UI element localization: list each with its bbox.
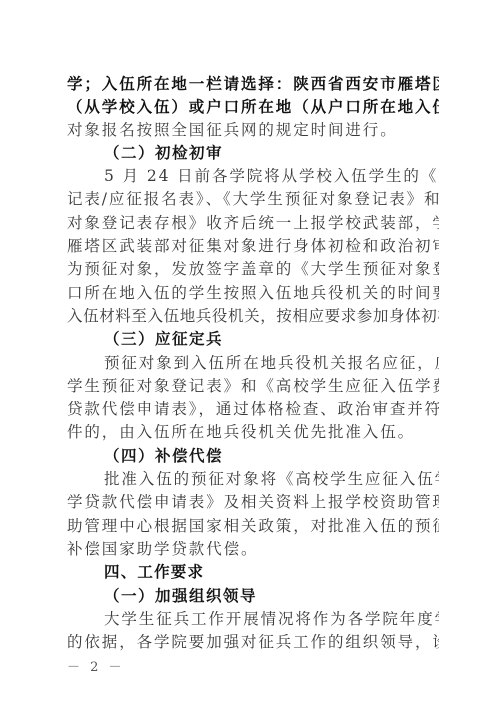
bold-text: （从学校入伍）或户口所在地（从户口所在地入伍） (67, 97, 439, 116)
section-heading-leadership: （一）加强组织领导 (67, 585, 439, 608)
paragraph-line: 件的，由入伍所在地兵役机关优先批准入伍。 (67, 421, 439, 444)
paragraph-line: 学生预征对象登记表》和《高校学生应征入伍学费补偿国家助学 (67, 375, 439, 398)
page-number: － 2 － (67, 656, 125, 675)
paragraph-line: （从学校入伍）或户口所在地（从户口所在地入伍）。女性征集 (67, 95, 439, 118)
paragraph-line: 为预征对象，发放签字盖章的《大学生预征对象登记表》。从户 (67, 258, 439, 281)
paragraph-line: 大学生征兵工作开展情况将作为各学院年度学生工作考核 (67, 608, 439, 631)
paragraph-line: 学；入伍所在地一栏请选择：陕西省西安市雁塔区西安科技大学 (67, 72, 439, 95)
document-page: 学；入伍所在地一栏请选择：陕西省西安市雁塔区西安科技大学 （从学校入伍）或户口所… (67, 72, 439, 654)
paragraph-line: 批准入伍的预征对象将《高校学生应征入伍学费补偿国家助 (67, 468, 439, 491)
section-heading-initial-review: （二）初检初审 (67, 142, 439, 165)
bold-text: 学；入伍所在地一栏请选择：陕西省西安市雁塔区西安科技大学 (67, 74, 439, 93)
paragraph-line: 的依据，各学院要加强对征兵工作的组织领导，设立大学生征兵 (67, 631, 439, 654)
paragraph-line: 雁塔区武装部对征集对象进行身体初检和政治初审，合格的确定 (67, 235, 439, 258)
paragraph-line: 贷款代偿申请表》，通过体格检查、政治审查并符合其它征集条 (67, 398, 439, 421)
paragraph-line: 对象报名按照全国征兵网的规定时间进行。 (67, 119, 439, 142)
paragraph-line: 入伍材料至入伍地兵役机关，按相应要求参加身体初检和政治初审。 (67, 305, 439, 328)
section-heading-enlistment: （三）应征定兵 (67, 328, 439, 351)
paragraph-line: 对象登记表存根》收齐后统一上报学校武装部，学校武装部会同 (67, 212, 439, 235)
paragraph-line: 记表/应征报名表》、《大学生预征对象登记表》和《大学生预征 (67, 188, 439, 211)
part-heading-work-requirements: 四、工作要求 (67, 561, 439, 584)
regular-text: 对象报名按照全国征兵网的规定时间进行。 (67, 121, 398, 139)
section-heading-compensation: （四）补偿代偿 (67, 445, 439, 468)
paragraph-line: 预征对象到入伍所在地兵役机关报名应征，应征时提交《大 (67, 352, 439, 375)
paragraph-line: 助管理中心根据国家相关政策，对批准入伍的预征对象进行学费 (67, 515, 439, 538)
paragraph-line: 补偿国家助学贷款代偿。 (67, 538, 439, 561)
paragraph-line: 学贷款代偿申请表》及相关资料上报学校资助管理中心，学校资 (67, 491, 439, 514)
paragraph-line: 5 月 24 日前各学院将从学校入伍学生的《男性公民兵役登 (67, 165, 439, 188)
paragraph-line: 口所在地入伍的学生按照入伍地兵役机关的时间要求上交应征 (67, 282, 439, 305)
